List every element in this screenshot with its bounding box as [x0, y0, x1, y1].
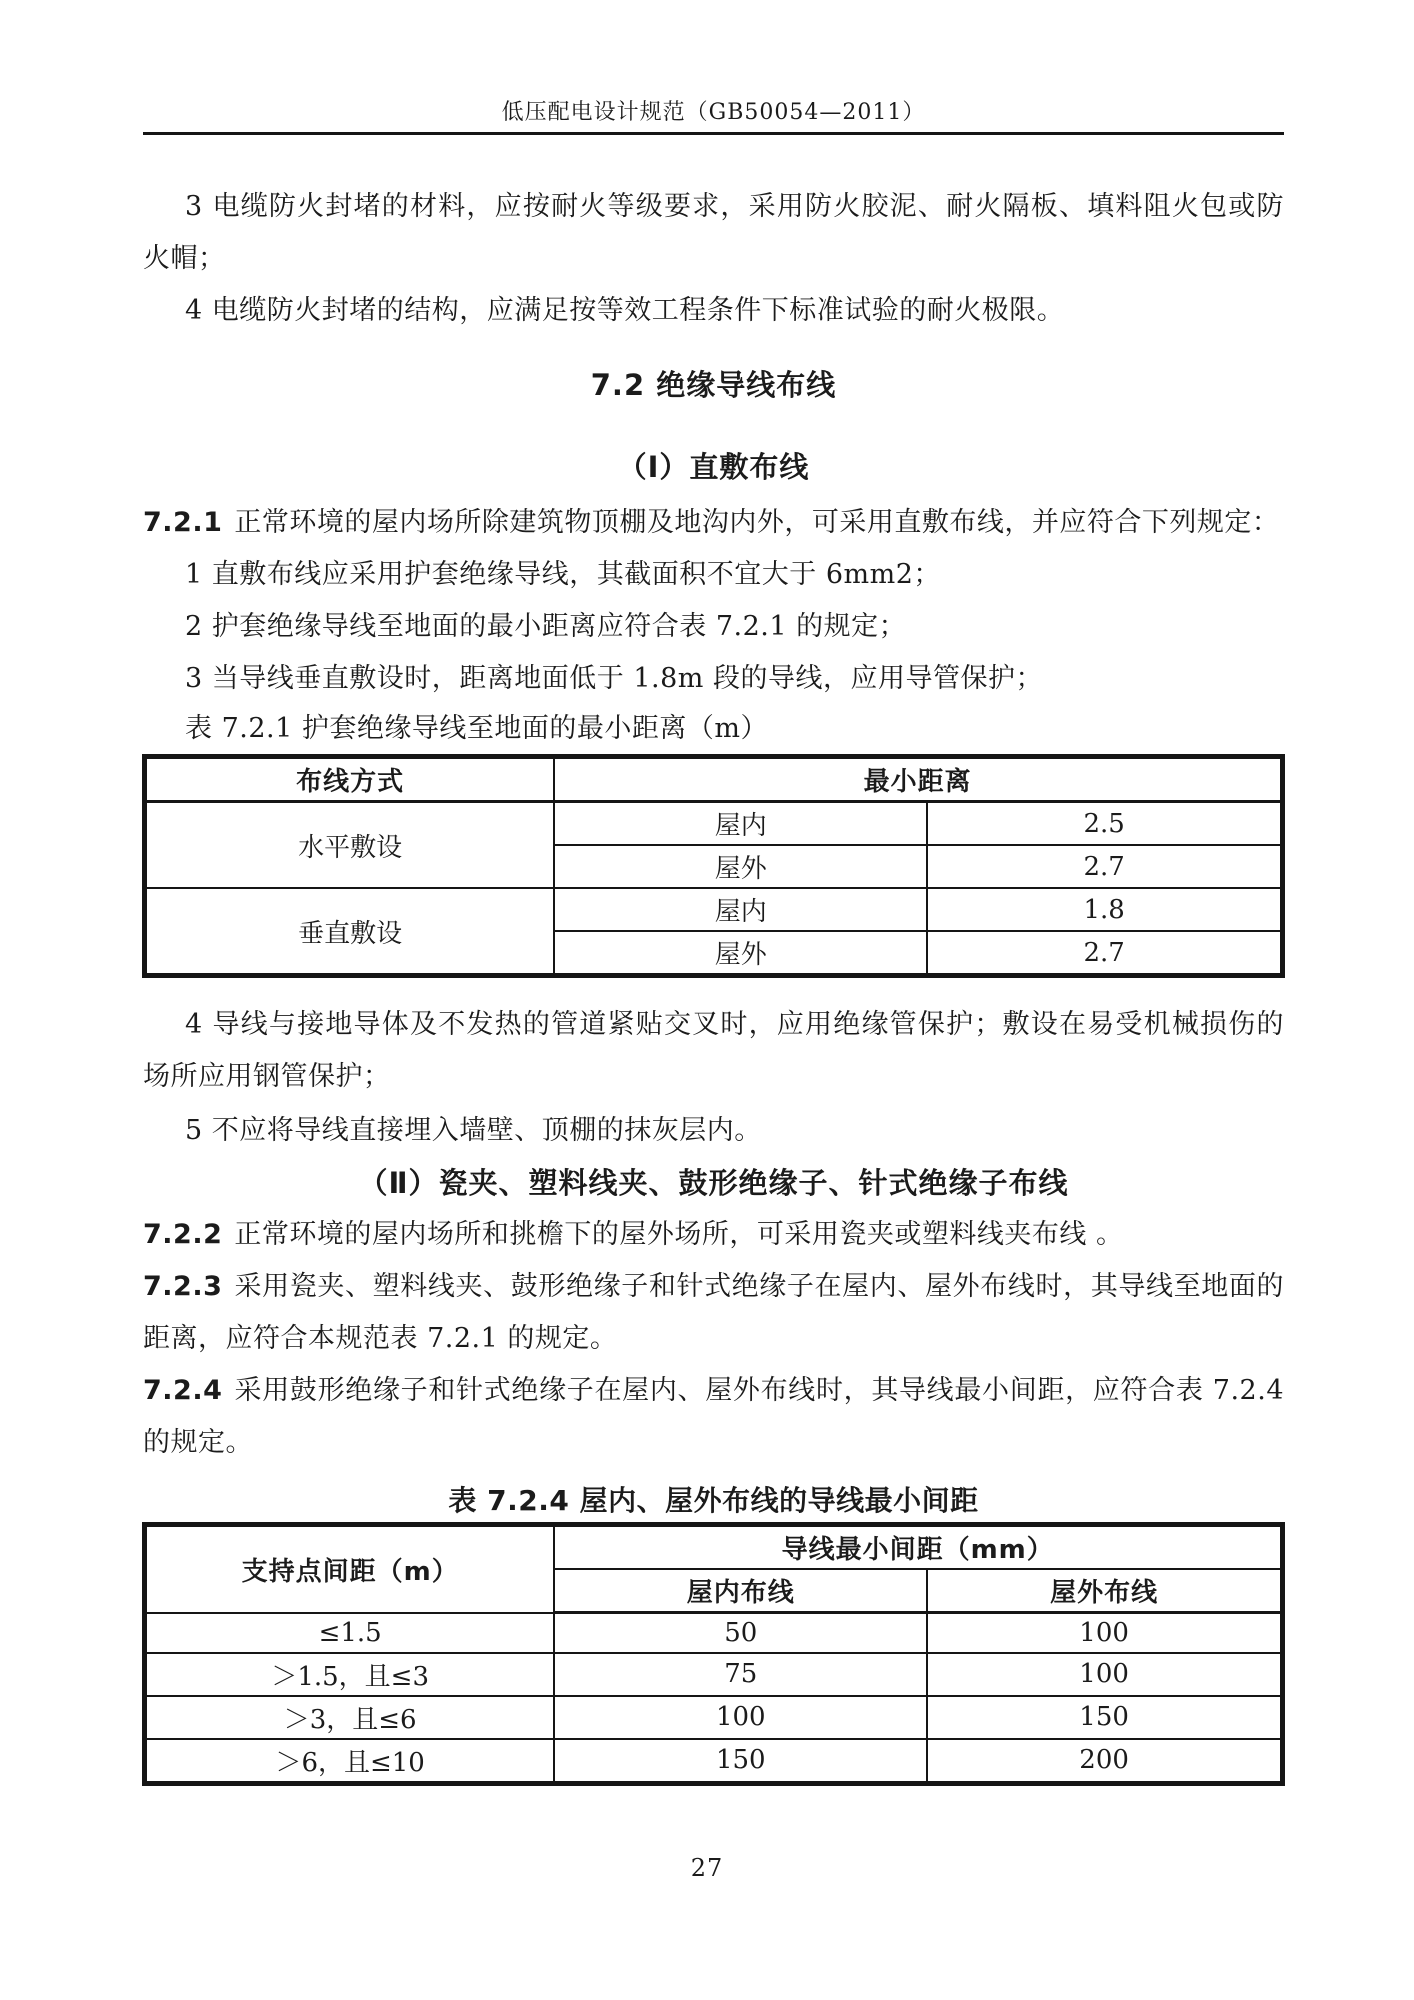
- table-cell-spacing: ≤1.5: [145, 1613, 554, 1653]
- paragraph-item3: 3 电缆防火封堵的材料，应按耐火等级要求，采用防火胶泥、耐火隔板、填料阻火包或防…: [143, 181, 1284, 285]
- page-content: 低压配电设计规范（GB50054—2011） 3 电缆防火封堵的材料，应按耐火等…: [143, 0, 1284, 1785]
- clause-7-2-1: 7.2.1正常环境的屋内场所除建筑物顶棚及地沟内外，可采用直敷布线，并应符合下列…: [143, 497, 1284, 549]
- page-number: 27: [0, 1854, 1414, 1882]
- table-cell-spacing: ＞3，且≤6: [145, 1696, 554, 1739]
- clause-7-2-1-number: 7.2.1: [143, 507, 222, 538]
- table-cell-indoor: 75: [554, 1653, 927, 1696]
- table-cell-indoor: 150: [554, 1739, 927, 1783]
- table-row: ＞1.5，且≤3 75 100: [145, 1653, 1282, 1696]
- table-7-2-4-header-spacing: 支持点间距（m）: [145, 1525, 554, 1613]
- clause-7-2-1-item2: 2 护套绝缘导线至地面的最小距离应符合表 7.2.1 的规定；: [143, 601, 1284, 653]
- table-7-2-4-header-outdoor: 屋外布线: [927, 1569, 1282, 1613]
- clause-7-2-3: 7.2.3采用瓷夹、塑料线夹、鼓形绝缘子和针式绝缘子在屋内、屋外布线时，其导线至…: [143, 1261, 1284, 1365]
- clause-7-2-4: 7.2.4采用鼓形绝缘子和针式绝缘子在屋内、屋外布线时，其导线最小间距，应符合表…: [143, 1365, 1284, 1469]
- table-cell-outdoor: 100: [927, 1613, 1282, 1653]
- table-7-2-1-header-distance: 最小距离: [554, 757, 1282, 802]
- table-row: ＞3，且≤6 100 150: [145, 1696, 1282, 1739]
- table-cell-location: 屋外: [554, 845, 927, 888]
- table-cell-location: 屋外: [554, 931, 927, 975]
- table-cell-spacing: ＞6，且≤10: [145, 1739, 554, 1783]
- table-cell-location: 屋内: [554, 802, 927, 846]
- clause-7-2-3-number: 7.2.3: [143, 1271, 222, 1302]
- document-page: 低压配电设计规范（GB50054—2011） 3 电缆防火封堵的材料，应按耐火等…: [0, 0, 1414, 2000]
- section-7-2-title: 7.2 绝缘导线布线: [143, 359, 1284, 411]
- clause-7-2-3-text: 采用瓷夹、塑料线夹、鼓形绝缘子和针式绝缘子在屋内、屋外布线时，其导线至地面的距离…: [143, 1271, 1284, 1354]
- table-cell-value: 2.7: [927, 931, 1282, 975]
- table-row: 布线方式 最小距离: [145, 757, 1282, 802]
- clause-7-2-2-number: 7.2.2: [143, 1219, 222, 1250]
- table-row: 垂直敷设 屋内 1.8: [145, 888, 1282, 931]
- table-cell-value: 2.5: [927, 802, 1282, 846]
- table-row: ＞6，且≤10 150 200: [145, 1739, 1282, 1783]
- table-cell-indoor: 100: [554, 1696, 927, 1739]
- table-row: 水平敷设 屋内 2.5: [145, 802, 1282, 846]
- table-row: 支持点间距（m） 导线最小间距（mm）: [145, 1525, 1282, 1569]
- clause-7-2-1-item1: 1 直敷布线应采用护套绝缘导线，其截面积不宜大于 6mm2；: [143, 549, 1284, 601]
- table-cell-outdoor: 200: [927, 1739, 1282, 1783]
- table-7-2-1-caption: 表 7.2.1 护套绝缘导线至地面的最小距离（m）: [143, 709, 1284, 749]
- table-cell-outdoor: 100: [927, 1653, 1282, 1696]
- clause-7-2-2: 7.2.2正常环境的屋内场所和挑檐下的屋外场所，可采用瓷夹或塑料线夹布线 。: [143, 1209, 1284, 1261]
- table-cell-method: 水平敷设: [145, 802, 554, 889]
- table-cell-method: 垂直敷设: [145, 888, 554, 975]
- table-7-2-1-header-method: 布线方式: [145, 757, 554, 802]
- table-7-2-4-header-indoor: 屋内布线: [554, 1569, 927, 1613]
- table-7-2-4: 支持点间距（m） 导线最小间距（mm） 屋内布线 屋外布线 ≤1.5 50 10…: [143, 1523, 1284, 1785]
- running-header-title: 低压配电设计规范（GB50054—2011）: [143, 0, 1284, 126]
- table-cell-spacing: ＞1.5，且≤3: [145, 1653, 554, 1696]
- subsection-II-title: （Ⅱ）瓷夹、塑料线夹、鼓形绝缘子、针式绝缘子布线: [143, 1157, 1284, 1209]
- table-cell-value: 1.8: [927, 888, 1282, 931]
- table-7-2-4-header-span: 导线最小间距（mm）: [554, 1525, 1282, 1569]
- clause-7-2-1-item4: 4 导线与接地导体及不发热的管道紧贴交叉时，应用绝缘管保护；敷设在易受机械损伤的…: [143, 999, 1284, 1103]
- clause-7-2-4-number: 7.2.4: [143, 1375, 222, 1406]
- clause-7-2-1-text: 正常环境的屋内场所除建筑物顶棚及地沟内外，可采用直敷布线，并应符合下列规定：: [234, 507, 1279, 538]
- clause-7-2-4-text: 采用鼓形绝缘子和针式绝缘子在屋内、屋外布线时，其导线最小间距，应符合表 7.2.…: [143, 1375, 1284, 1458]
- clause-7-2-1-item3: 3 当导线垂直敷设时，距离地面低于 1.8m 段的导线，应用导管保护；: [143, 653, 1284, 705]
- subsection-I-title: （Ⅰ）直敷布线: [143, 441, 1284, 493]
- clause-7-2-2-text: 正常环境的屋内场所和挑檐下的屋外场所，可采用瓷夹或塑料线夹布线 。: [234, 1219, 1123, 1250]
- table-cell-indoor: 50: [554, 1613, 927, 1653]
- table-cell-location: 屋内: [554, 888, 927, 931]
- table-cell-outdoor: 150: [927, 1696, 1282, 1739]
- table-cell-value: 2.7: [927, 845, 1282, 888]
- clause-7-2-1-item5: 5 不应将导线直接埋入墙壁、顶棚的抹灰层内。: [143, 1105, 1284, 1157]
- table-7-2-4-caption: 表 7.2.4 屋内、屋外布线的导线最小间距: [143, 1481, 1284, 1521]
- table-7-2-1: 布线方式 最小距离 水平敷设 屋内 2.5 屋外 2.7 垂直敷设 屋内 1.8…: [143, 755, 1284, 977]
- paragraph-item4: 4 电缆防火封堵的结构，应满足按等效工程条件下标准试验的耐火极限。: [143, 285, 1284, 337]
- table-row: ≤1.5 50 100: [145, 1613, 1282, 1653]
- header-rule: [143, 132, 1284, 135]
